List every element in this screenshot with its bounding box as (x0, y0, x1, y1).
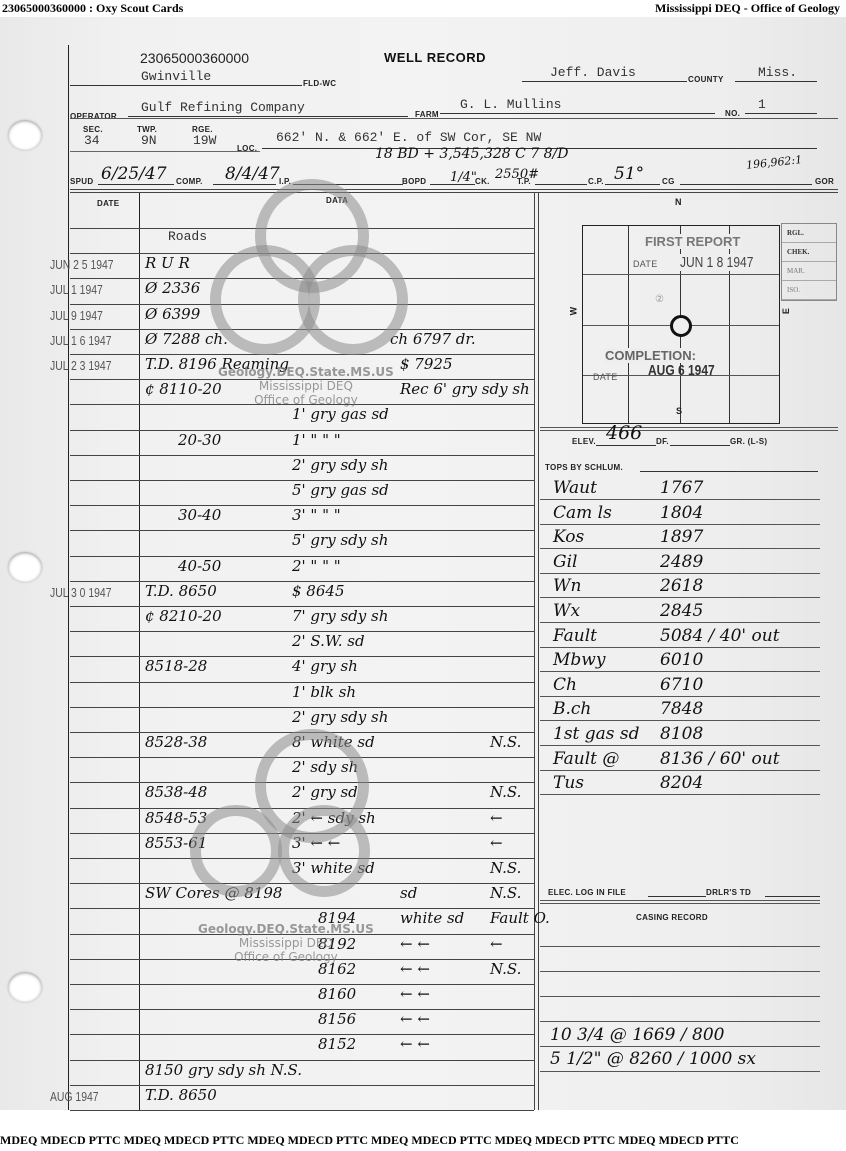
casing-entry: 5 1/2" @ 8260 / 1000 sx (550, 1049, 756, 1069)
binder-hole-icon (8, 972, 42, 1002)
elevation-value: 466 (606, 422, 642, 444)
formation-depth: 2489 (660, 552, 703, 572)
binder-hole-icon (8, 120, 42, 150)
row-description: white sd (400, 909, 464, 927)
range: 19W (193, 133, 216, 148)
formation-name: B.ch (553, 699, 591, 719)
row-show-note: N.S. (490, 783, 521, 801)
row-data: 20-30 (178, 431, 221, 449)
row-description: 2' " " " (292, 557, 341, 575)
map-west-label: W (568, 307, 578, 316)
row-data: T.D. 8650 (145, 582, 217, 600)
source-title: Mississippi DEQ - Office of Geology (655, 1, 840, 16)
row-show-note: N.S. (490, 733, 521, 751)
county-name: Jeff. Davis (550, 65, 636, 80)
binder-hole-icon (8, 552, 42, 582)
gor-label: GOR (815, 177, 834, 186)
row-description: ← ← (400, 1010, 430, 1028)
elev-label: ELEV. (572, 437, 596, 446)
map-north-label: N (675, 197, 682, 207)
state-name: Miss. (758, 65, 797, 80)
first-report-date: JUN 1 8 1947 (680, 254, 753, 271)
row-show-note: N.S. (490, 960, 521, 978)
row-show-note: N.S. (490, 859, 521, 877)
card-left-border (68, 45, 69, 1110)
row-description: 4' gry sh (292, 657, 358, 675)
spud-label: SPUD (70, 177, 93, 186)
gravity: 51° (614, 164, 644, 184)
tops-label: TOPS BY SCHLUM. (545, 463, 623, 472)
formation-depth: 1897 (660, 527, 703, 547)
formation-depth: 7848 (660, 699, 703, 719)
row-description: Rec 6' gry sdy sh (400, 380, 530, 398)
comp-label: COMP. (176, 177, 203, 186)
row-show-note: ← (490, 935, 503, 953)
county-label: COUNTY (688, 75, 724, 84)
row-data: ¢ 8110-20 (145, 380, 222, 398)
formation-depth: 6010 (660, 650, 703, 670)
formation-name: Kos (553, 527, 584, 547)
map-note: ② (655, 294, 664, 305)
location-map: FIRST REPORT DATE JUN 1 8 1947 ② COMPLET… (582, 225, 780, 424)
row-description: 5' gry sdy sh (292, 531, 388, 549)
section: 34 (84, 133, 100, 148)
row-description: ← ← (400, 985, 430, 1003)
formation-depth: 2618 (660, 576, 703, 596)
footer-credits: MDEQ MDECD PTTC MDEQ MDECD PTTC MDEQ MDE… (0, 1133, 846, 1148)
row-description: sd (400, 884, 417, 902)
row-description: 5' gry gas sd (292, 481, 389, 499)
right-section-divider (534, 193, 535, 1110)
choke-size: 1/4" (450, 170, 477, 185)
row-description: 3' " " " (292, 506, 341, 524)
row-data: 8152 (318, 1035, 356, 1053)
formation-name: Wn (553, 576, 581, 596)
spud-date: 6/25/47 (101, 164, 167, 184)
map-south-label: S (676, 406, 682, 416)
date-column-header: DATE (97, 199, 119, 208)
row-description: $ 8645 (292, 582, 345, 600)
casing-entry: 10 3/4 @ 1669 / 800 (550, 1025, 724, 1045)
formation-name: Mbwy (553, 650, 605, 670)
row-data: ¢ 8210-20 (145, 607, 222, 625)
check-box-item: ISO. (782, 281, 836, 300)
operator-name: Gulf Refining Company (141, 100, 305, 115)
row-description: 7' gry sdy sh (292, 607, 388, 625)
formation-depth: 6710 (660, 675, 703, 695)
row-description: ← ← (400, 960, 430, 978)
row-show-note: Fault O. (490, 909, 550, 927)
formation-depth: 2845 (660, 601, 703, 621)
row-data: 30-40 (178, 506, 221, 524)
row-data: 8150 gry sdy sh N.S. (145, 1061, 302, 1079)
formation-depth: 1804 (660, 503, 703, 523)
well-record-card: 23065000360000 WELL RECORD Gwinville FLD… (0, 17, 846, 1110)
row-data: R U R (145, 254, 190, 272)
document-title: 23065000360000 : Oxy Scout Cards (2, 1, 183, 16)
row-date-stamp: AUG 1947 (50, 1089, 99, 1104)
viewer-header: 23065000360000 : Oxy Scout Cards Mississ… (0, 0, 846, 17)
df-label: DF. (656, 437, 669, 446)
formation-name: Wx (553, 601, 580, 621)
location: 662' N. & 662' E. of SW Cor, SE NW (276, 130, 541, 145)
row-description: 1' gry gas sd (292, 405, 389, 423)
well-no-label: NO. (725, 109, 740, 118)
formation-name: Fault @ (553, 749, 619, 769)
row-show-note: N.S. (490, 884, 521, 902)
bopd-label: BOPD (402, 177, 426, 186)
row-extra: $ 7925 (400, 355, 453, 373)
completion-date: AUG 6 1947 (648, 362, 715, 379)
first-report-date-label: DATE (633, 259, 658, 269)
elec-log-label: ELEC. LOG IN FILE (548, 888, 626, 897)
row-description: ← ← (400, 935, 430, 953)
row-description: ← ← (400, 1035, 430, 1053)
formation-name: Cam ls (553, 503, 612, 523)
review-check-box: RGL.CHEK.MAR.ISO. (781, 223, 837, 301)
row-data: 8518-28 (145, 657, 207, 675)
row-data: Ø 7288 ch. (145, 330, 228, 348)
row-description: 2' gry sdy sh (292, 708, 388, 726)
completion-date-label: DATE (593, 372, 618, 382)
comp-date: 8/4/47 (225, 164, 280, 184)
formation-depth: 5084 / 40' out (660, 626, 780, 646)
field-name: Gwinville (141, 69, 211, 84)
form-title: WELL RECORD (384, 50, 486, 65)
row-show-note: ← (490, 834, 503, 852)
drillers-td-label: DRLR'S TD (706, 888, 751, 897)
row-date-stamp: JUL 9 1947 (50, 308, 103, 323)
formation-depth: 8108 (660, 724, 703, 744)
ck-label: CK. (475, 177, 490, 186)
row-data: 8538-48 (145, 783, 207, 801)
tp-label: T.P. (517, 177, 531, 186)
formation-name: Waut (553, 478, 597, 498)
township: 9N (141, 133, 157, 148)
map-east-label: E (781, 308, 791, 314)
row-show-note: ← (490, 809, 503, 827)
formation-name: Gil (553, 552, 577, 572)
formation-name: Fault (553, 626, 597, 646)
row-description: 2' gry sdy sh (292, 456, 388, 474)
field-label: FLD-WC (303, 79, 336, 88)
row-extra: ch 6797 dr. (390, 330, 476, 348)
row-data: 8528-38 (145, 733, 207, 751)
watermark-text-2: Geology.DEQ.State.MS.US Mississippi DEQ … (198, 922, 374, 964)
row-date-stamp: JUL 1 6 1947 (50, 333, 111, 348)
completion-label: COMPLETION: (605, 348, 696, 363)
check-box-item: CHEK. (782, 243, 836, 262)
formation-depth: 8136 / 60' out (660, 749, 780, 769)
well-location-icon (670, 315, 692, 337)
row-date-stamp: JUL 1 1947 (50, 282, 103, 297)
operator-label: OPERATOR (70, 112, 117, 121)
formation-name: 1st gas sd (553, 724, 640, 744)
gr-label: GR. (L-S) (730, 437, 767, 446)
first-report-label: FIRST REPORT (643, 234, 742, 249)
formation-depth: 1767 (660, 478, 703, 498)
row-description: 1' " " " (292, 431, 341, 449)
row-data: Ø 6399 (145, 305, 200, 323)
row-date-stamp: JUL 2 3 1947 (50, 358, 111, 373)
cp-label: C.P. (588, 177, 604, 186)
date-column-divider (139, 193, 140, 1110)
formation-name: Tus (553, 773, 584, 793)
api-number: 23065000360000 (140, 50, 249, 66)
check-box-item: RGL. (782, 224, 836, 243)
gas-oil-ratio: 196,962:1 (745, 153, 802, 172)
well-number: 1 (758, 97, 766, 112)
check-box-item: MAR. (782, 262, 836, 281)
row-description: 1' blk sh (292, 683, 356, 701)
row-data: 8156 (318, 1010, 356, 1028)
row-data: 8160 (318, 985, 356, 1003)
casing-record-label: CASING RECORD (636, 913, 708, 922)
row-data: 40-50 (178, 557, 221, 575)
formation-name: Ch (553, 675, 577, 695)
formation-depth: 8204 (660, 773, 703, 793)
row-description: 2' S.W. sd (292, 632, 365, 650)
row-data: Ø 2336 (145, 279, 200, 297)
watermark-text-1: Geology.DEQ.State.MS.US Mississippi DEQ … (218, 365, 394, 407)
row-date-stamp: JUN 2 5 1947 (50, 257, 114, 272)
cg-label: CG (662, 177, 675, 186)
row-data: Roads (168, 229, 207, 244)
ip-note: 18 BD + 3,545,328 C 7 8/D (375, 146, 568, 162)
farm-name: G. L. Mullins (460, 97, 561, 112)
row-date-stamp: JUL 3 0 1947 (50, 585, 111, 600)
row-data: T.D. 8650 (145, 1086, 217, 1104)
